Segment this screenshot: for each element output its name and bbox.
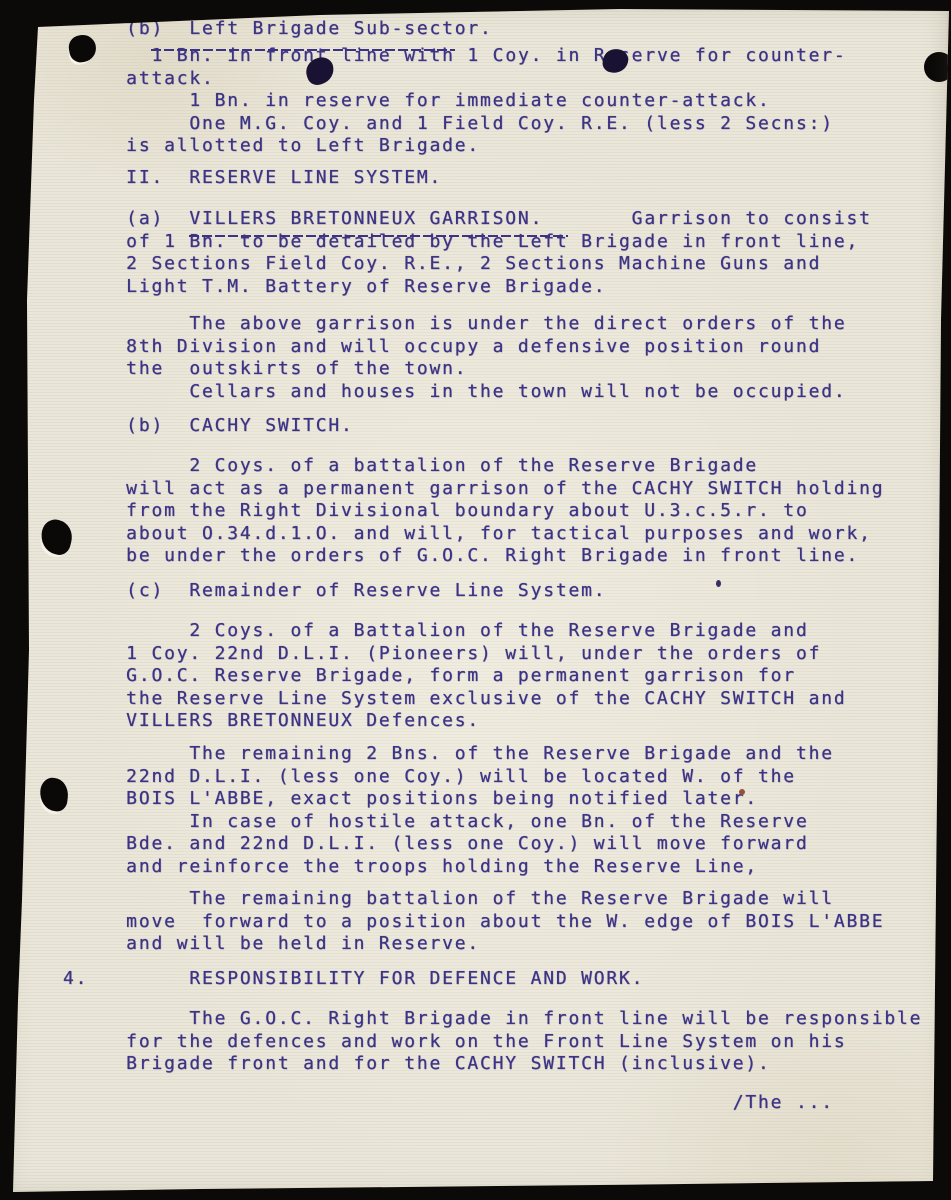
subsection-b-cachy-switch-heading: (b) CACHY SWITCH. (63, 415, 354, 438)
paragraph-remainder-body: 2 Coys. of a Battalion of the Reserve Br… (63, 620, 847, 733)
subsection-c-remainder-heading: (c) Remainder of Reserve Line System. (63, 580, 606, 603)
subsection-b-left-brigade-heading: (b) Left Brigade Sub-sector. (63, 18, 493, 41)
page-continuation-mark: /The ... (63, 1092, 834, 1115)
paragraph-remaining-battalions: The remaining 2 Bns. of the Reserve Brig… (63, 743, 834, 878)
document-page: (b) Left Brigade Sub-sector. 1 Bn. in fr… (0, 0, 951, 1200)
section-4-responsibility-heading: 4. RESPONSIBILITY FOR DEFENCE AND WORK. (63, 968, 644, 991)
paragraph-garrison-orders: The above garrison is under the direct o… (63, 313, 847, 403)
subsection-b-left-brigade-body: 1 Bn. in front line with 1 Coy. in Reser… (63, 45, 847, 158)
paragraph-remaining-battalion-reserve: The remaining battalion of the Reserve B… (63, 888, 884, 956)
punch-hole-right-edge (924, 52, 951, 82)
paragraph-cachy-switch-body: 2 Coys. of a battalion of the Reserve Br… (63, 455, 884, 568)
scan-background: (b) Left Brigade Sub-sector. 1 Bn. in fr… (0, 0, 951, 1200)
section-ii-reserve-line-system-heading: II. RESERVE LINE SYSTEM. (63, 167, 442, 190)
ink-speck (716, 580, 721, 587)
subsection-a-villers-bretonneux-garrison: (a) VILLERS BRETONNEUX GARRISON. Garriso… (63, 208, 872, 298)
paragraph-responsibility-body: The G.O.C. Right Brigade in front line w… (63, 1008, 922, 1076)
rust-speck (739, 789, 745, 795)
